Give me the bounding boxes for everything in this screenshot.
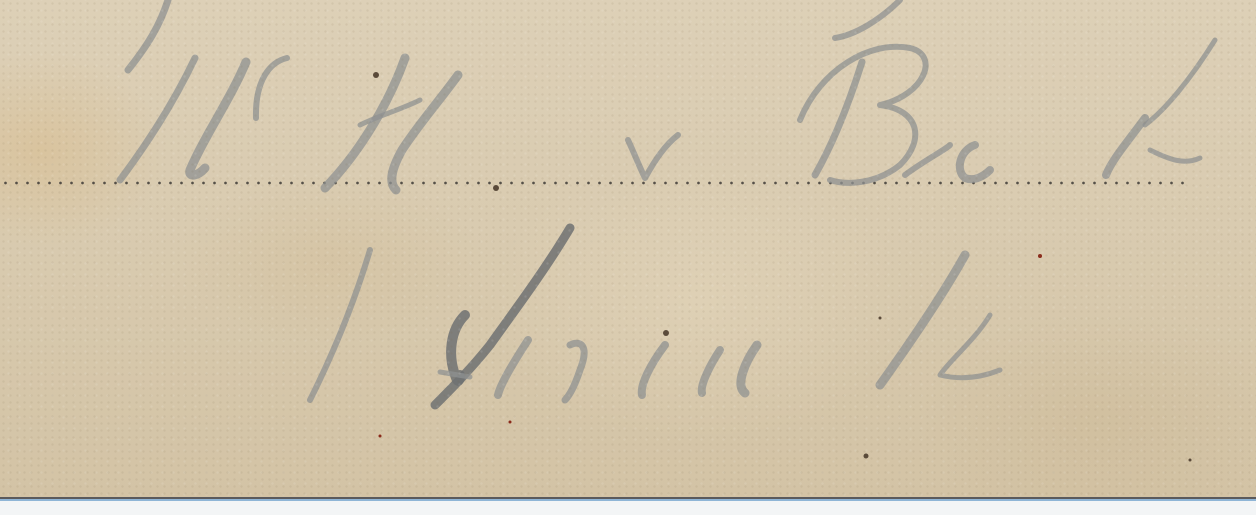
line-2-script — [310, 228, 1000, 405]
handwriting-strokes — [0, 0, 1256, 497]
paper-card: Wm H v Beek Frink — [0, 0, 1256, 499]
scan-stage: Wm H v Beek Frink — [0, 0, 1256, 515]
line-1-script — [120, 40, 1215, 190]
paper-specks — [373, 72, 1192, 462]
